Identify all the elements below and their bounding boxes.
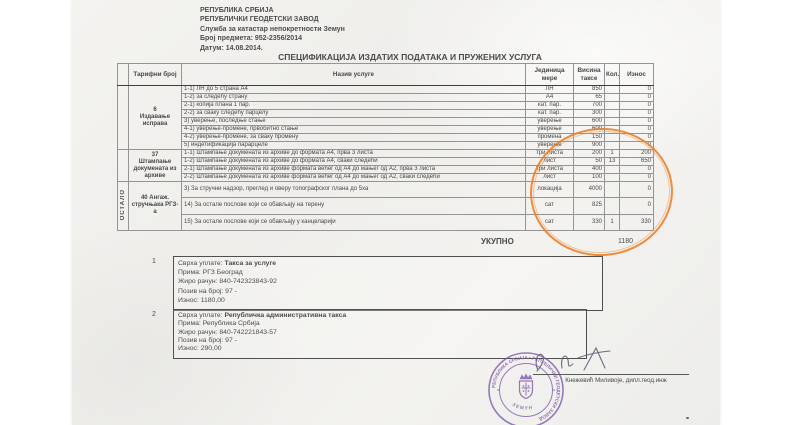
payment-number-1: 1 — [152, 258, 156, 265]
document-title: СПЕЦИФИКАЦИЈА ИЗДАТИХ ПОДАТАКА И ПРУЖЕНИ… — [150, 52, 670, 62]
unit-cell: кат. пар. — [526, 102, 574, 110]
tariff-cell: 6Издавање исправа — [129, 86, 182, 150]
header-side-cell — [118, 64, 129, 86]
qty-cell — [605, 94, 620, 102]
header-qty: Кол. — [605, 64, 620, 86]
tariff-cell: 40 Ангаж.стручњака РГЗ-а — [129, 182, 182, 231]
fee-cell: 300 — [574, 110, 605, 118]
header-unit: Јединица мере — [526, 64, 574, 86]
service-name-cell: 4-2) уверење-промене, за сваку промену — [182, 134, 526, 142]
stamp-coat-of-arms — [497, 374, 555, 399]
service-name-cell: 2-2) Штампање докумената из архиве форма… — [182, 174, 526, 182]
side-vertical-label: ОСТАЛО — [120, 189, 127, 220]
payment-line: Позив на број: 97 - — [178, 287, 598, 296]
header-fee: Висина таксе — [574, 64, 605, 86]
total-label: УКУПНО — [481, 237, 514, 246]
service-name-cell: 2-1) Штампање докумената из архиве форма… — [182, 166, 526, 174]
payment-purpose-label: Сврха уплате: — [178, 312, 223, 319]
amount-cell: 0 — [620, 94, 654, 102]
payment-line: Жиро рачун: 840-742323843-92 — [178, 277, 598, 286]
payment-number-2: 2 — [152, 311, 156, 318]
header-line: Број предмета: 952-2356/2014 — [200, 34, 345, 43]
side-cell — [118, 150, 129, 182]
header-tariff: Тарифни број — [129, 64, 182, 86]
official-stamp: РЕПУБЛИКА СРБИЈА • РЕПУБЛИЧКИ ГЕОДЕТСКИ … — [484, 348, 568, 425]
qty-cell — [605, 110, 620, 118]
ink-speck — [686, 417, 689, 419]
qty-cell — [605, 102, 620, 110]
fee-cell: 850 — [574, 86, 605, 94]
tariff-cell: 37Штампање докумената из архиве — [129, 150, 182, 182]
document-header: РЕПУБЛИКА СРБИЈА РЕПУБЛИЧКИ ГЕОДЕТСКИ ЗА… — [200, 6, 345, 53]
service-name-cell: 3) За стручни надзор, преглед и оверу то… — [182, 182, 526, 198]
stamp-bottom-text: З Е М У Н — [511, 402, 533, 411]
service-name-cell: 14) За остале послове који се обављају н… — [182, 198, 526, 214]
side-cell: ОСТАЛО — [118, 182, 129, 231]
qty-cell — [605, 118, 620, 126]
service-name-cell: 5) индетификација парарцеле — [182, 142, 526, 150]
header-line: Служба за катастар непокретности Земун — [200, 25, 345, 34]
payment-box-1: Сврха уплате: Такса за услуге Прима: РГЗ… — [173, 256, 603, 311]
payment-line: Позив на број: 97 - — [178, 337, 582, 345]
unit-cell: уверење — [526, 126, 574, 134]
payment-purpose-label: Сврха уплате: — [178, 260, 223, 267]
payment-line: Прима: РГЗ Београд — [178, 268, 598, 277]
table-row: 2-2) за сваку следећу парцелукат. пар.30… — [118, 110, 654, 118]
header-line: РЕПУБЛИКА СРБИЈА — [200, 6, 345, 15]
unit-cell: ЛН — [526, 86, 574, 94]
fee-cell: 600 — [574, 118, 605, 126]
table-row: 2-1) копија плана 1 пар.кат. пар.7000 — [118, 102, 654, 110]
amount-cell: 0 — [620, 118, 654, 126]
amount-cell: 0 — [620, 102, 654, 110]
amount-cell: 0 — [620, 86, 654, 94]
payment-purpose: Републичка административна такса — [225, 312, 347, 319]
unit-cell: уверење — [526, 118, 574, 126]
service-name-cell: 1-2) Штампање докумената из архиве до фо… — [182, 158, 526, 166]
service-name-cell: 1-1) Штампање докумената из архиве до фо… — [182, 150, 526, 158]
amount-cell: 0 — [620, 110, 654, 118]
unit-cell: А4 — [526, 94, 574, 102]
fee-cell: 65 — [574, 94, 605, 102]
header-service: Назив услуге — [182, 64, 526, 86]
payment-line: Жиро рачун: 840-742221843-57 — [178, 329, 582, 337]
payment-purpose: Такса за услуге — [225, 260, 277, 267]
scanned-document: РЕПУБЛИКА СРБИЈА РЕПУБЛИЧКИ ГЕОДЕТСКИ ЗА… — [0, 0, 800, 425]
side-cell — [118, 86, 129, 150]
service-name-cell: 1-1) ЛН до 5 страна А4 — [182, 86, 526, 94]
qty-cell — [605, 86, 620, 94]
table-row: 1-2) за следећу странуА4650 — [118, 94, 654, 102]
service-name-cell: 2-1) копија плана 1 пар. — [182, 102, 526, 110]
fee-cell: 700 — [574, 102, 605, 110]
svg-text:З Е М У Н: З Е М У Н — [511, 402, 533, 411]
table-header-row: Тарифни број Назив услуге Јединица мере … — [118, 64, 654, 86]
table-row: 3) уверење, последње стањеуверење6000 — [118, 118, 654, 126]
service-name-cell: 1-2) за следећу страну — [182, 94, 526, 102]
service-name-cell: 4-1) уверење-промене, првобитно стање — [182, 126, 526, 134]
header-amount: Износ — [620, 64, 654, 86]
service-name-cell: 2-2) за сваку следећу парцелу — [182, 110, 526, 118]
service-name-cell: 15) За остале послове који се обављају у… — [182, 214, 526, 230]
table-row: 6Издавање исправа1-1) ЛН до 5 страна А4Л… — [118, 86, 654, 94]
unit-cell: кат. пар. — [526, 110, 574, 118]
payment-line: Износ: 1180,00 — [178, 296, 598, 305]
service-name-cell: 3) уверење, последње стање — [182, 118, 526, 126]
header-line: РЕПУБЛИЧКИ ГЕОДЕТСКИ ЗАВОД — [200, 15, 345, 24]
payment-line: Прима: Република Србија — [178, 320, 582, 328]
